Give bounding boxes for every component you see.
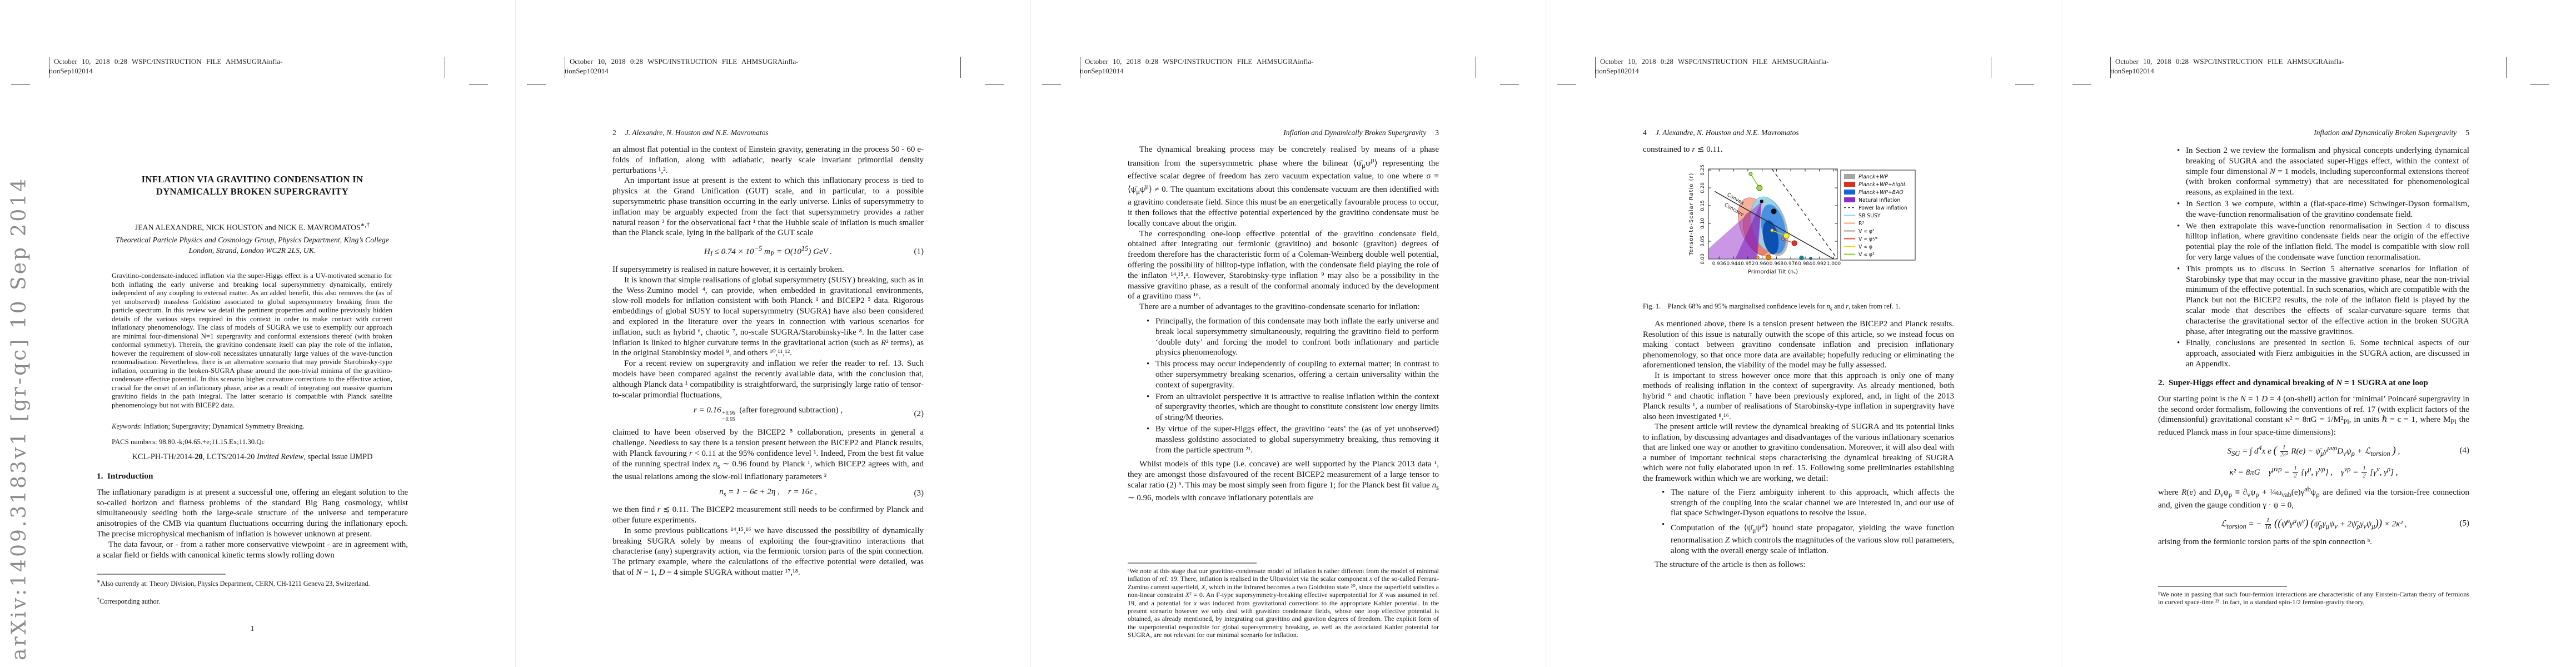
svg-text:0.992: 0.992: [1812, 261, 1826, 267]
proof-header-line1: October 10, 2018 0:28 WSPC/INSTRUCTION F…: [2115, 57, 2504, 67]
affiliation-line2: London, Strand, London WC2R 2LS, UK.: [97, 245, 408, 256]
legend-label: Power law inflation: [1858, 205, 1907, 211]
equation-3: ns = 1 − 6ϵ + 2η , r = 16ϵ , (3): [612, 487, 924, 500]
bullet-list: In Section 2 we review the formalism and…: [2177, 146, 2469, 370]
running-head-page-number: 3: [1435, 128, 1439, 137]
equation-body: ns = 1 − 6ϵ + 2η , r = 16ϵ ,: [612, 487, 924, 500]
legend-label: Planck+WP+highL: [1858, 182, 1906, 188]
proof-header: October 10, 2018 0:28 WSPC/INSTRUCTION F…: [54, 57, 443, 76]
figure-1: Convex Concave: [1673, 165, 1917, 298]
footnote-text: ∗Also currently at: Theory Division, Phy…: [97, 578, 408, 588]
proof-header-line2: tionSep102014: [2110, 67, 2504, 76]
equation-number: (5): [2460, 519, 2470, 529]
equation-5: ℒtorsion = − 116 ((ψ̄ργμψν) (ψ̄ργμψν + 2…: [2158, 516, 2469, 532]
running-head: 2J. Alexandre, N. Houston and N.E. Mavro…: [612, 128, 924, 137]
phi2-marker-60: [1771, 208, 1777, 214]
document-canvas: October 10, 2018 0:28 WSPC/INSTRUCTION F…: [0, 0, 2576, 667]
equation-number: (2): [914, 409, 924, 419]
body-paragraph: Our starting point is the N = 1 D = 4 (o…: [2158, 394, 2469, 438]
x-axis-label: Primordial Tilt (nₛ): [1748, 269, 1798, 275]
body-paragraph: If supersymmetry is realised in nature h…: [612, 265, 924, 275]
body-paragraph: In some previous publications ¹⁴,¹⁵,¹⁶ w…: [612, 526, 924, 578]
legend-label: SB SUSY: [1858, 213, 1881, 219]
body-paragraph: The dynamical breaking process may be co…: [1128, 145, 1439, 229]
phi2-marker-50: [1760, 200, 1763, 203]
footnote-rule: [97, 574, 226, 575]
proof-header-line2: tionSep102014: [49, 67, 443, 76]
svg-text:0.968: 0.968: [1770, 261, 1783, 267]
proof-header-line2: tionSep102014: [1080, 67, 1474, 76]
paper-title-line1: INFLATION VIA GRAVITINO CONDENSATION IN: [97, 173, 408, 186]
svg-text:0.20: 0.20: [1700, 182, 1706, 193]
body-column: The dynamical breaking process may be co…: [1128, 145, 1439, 504]
report-number-line: KCL-PH-TH/2014-20, LCTS/2014-20 Invited …: [97, 452, 408, 462]
svg-text:0.10: 0.10: [1700, 218, 1706, 229]
svg-text:0.952: 0.952: [1741, 261, 1755, 267]
list-item: In Section 3 we compute, within a (flat-…: [2177, 199, 2469, 220]
bullet-list: Principally, the formation of this conde…: [1147, 316, 1439, 455]
crop-mark: [527, 84, 546, 85]
bullet-list: The nature of the Fierz ambiguity inhere…: [1662, 487, 1954, 556]
svg-text:0.984: 0.984: [1798, 261, 1812, 267]
equation-body: SSG = ∫ d4x e ( 12κ² R(e) − ψ̄μγμνρDνψρ …: [2158, 443, 2469, 459]
body-paragraph: The data favour, or - from a rather more…: [97, 540, 408, 561]
body-paragraph: The corresponding one-loop effective pot…: [1128, 229, 1439, 302]
crop-mark: [469, 84, 488, 85]
body-paragraph: For a recent review on supergravity and …: [612, 359, 924, 400]
body-paragraph: we then find r ≲ 0.11. The BICEP2 measur…: [612, 505, 924, 526]
footnote-rule: [1128, 563, 1257, 564]
figure-caption: Fig. 1. Planck 68% and 95% marginalised …: [1643, 302, 1954, 312]
svg-text:1.000: 1.000: [1827, 261, 1841, 267]
proof-header-line1: October 10, 2018 0:28 WSPC/INSTRUCTION F…: [570, 57, 959, 67]
phi23-marker-60: [1792, 241, 1797, 246]
y-axis-label: Tensor-to-Scalar Ratio (r): [1688, 172, 1695, 256]
phi3-marker-50: [1749, 172, 1752, 176]
crop-mark: [1500, 84, 1519, 85]
body-column: an almost flat potential in the context …: [612, 145, 924, 578]
running-head-page-number: 2: [612, 128, 616, 137]
body-paragraph: Whilst models of this type (i.e. concave…: [1128, 459, 1439, 503]
proof-header: October 10, 2018 0:28 WSPC/INSTRUCTION F…: [2115, 57, 2504, 76]
running-head: Inflation and Dynamically Broken Supergr…: [1128, 128, 1439, 137]
body-column: In Section 2 we review the formalism and…: [2158, 145, 2469, 547]
phi23-marker-50: [1781, 238, 1784, 241]
body-column: constrained to r ≲ 0.11.: [1643, 145, 1954, 155]
crop-mark: [985, 84, 1004, 85]
list-item: Finally, conclusions are presented in se…: [2177, 338, 2469, 369]
footnote-text: ᵇWe note in passing that such four-fermi…: [2158, 590, 2469, 606]
crop-mark: [1557, 84, 1576, 85]
list-item: From an ultraviolet perspective it is at…: [1147, 392, 1439, 423]
legend-label: R²: [1858, 221, 1864, 227]
crop-mark: [1042, 84, 1061, 85]
running-head: 4J. Alexandre, N. Houston and N.E. Mavro…: [1643, 128, 1954, 137]
list-item: This process may occur independently of …: [1147, 359, 1439, 390]
equation-4: SSG = ∫ d4x e ( 12κ² R(e) − ψ̄μγμνρDνψρ …: [2158, 443, 2469, 459]
equation-body: ℒtorsion = − 116 ((ψ̄ργμψν) (ψ̄ργμψν + 2…: [2158, 516, 2469, 532]
equation-body: r = 0.16+0.06−0.05 (after foreground sub…: [612, 405, 924, 422]
svg-text:0.00: 0.00: [1700, 253, 1706, 265]
running-head-page-number: 5: [2465, 128, 2469, 137]
proof-header-line1: October 10, 2018 0:28 WSPC/INSTRUCTION F…: [1085, 57, 1474, 67]
r2-marker-60: [1766, 255, 1771, 260]
equation-number: (1): [914, 246, 924, 257]
running-head-title: Inflation and Dynamically Broken Supergr…: [1283, 128, 1426, 137]
crop-mark: [1991, 57, 1991, 78]
low-r-marker: [1799, 256, 1803, 260]
authors-line: JEAN ALEXANDRE, NICK HOUSTON and NICK E.…: [97, 221, 408, 232]
svg-text:0.25: 0.25: [1700, 165, 1706, 176]
body-paragraph: The inflationary paradigm is at present …: [97, 487, 408, 540]
equation-number: (4): [2460, 446, 2470, 456]
equation-number: (3): [914, 488, 924, 499]
crop-mark: [445, 57, 445, 78]
svg-text:0.960: 0.960: [1755, 261, 1770, 267]
list-item: This prompts us to discuss in Section 5 …: [2177, 264, 2469, 337]
running-head-title: Inflation and Dynamically Broken Supergr…: [2314, 128, 2457, 137]
legend-swatch: [1844, 182, 1855, 187]
svg-text:0.976: 0.976: [1784, 261, 1798, 267]
legend-label: Natural Inflation: [1858, 197, 1900, 203]
running-head-authors: J. Alexandre, N. Houston and N.E. Mavrom…: [625, 128, 769, 137]
section-heading-1: 1. Introduction: [97, 471, 408, 482]
equation-body: HI ≤ 0.74 × 10−5 mP = O(1015) GeV .: [612, 243, 924, 260]
body-paragraph: The structure of the article is then as …: [1643, 560, 1954, 570]
body-paragraph: There are a number of advantages to the …: [1128, 302, 1439, 312]
svg-text:0.936: 0.936: [1712, 261, 1727, 267]
legend-swatch: [1844, 190, 1855, 195]
body-paragraph: arising from the fermionic torsion parts…: [2158, 537, 2469, 547]
crop-mark: [2015, 84, 2034, 85]
footnote-text: ᵃWe note at this stage that our gravitin…: [1128, 567, 1439, 639]
legend-label: Planck+WP+BAO: [1858, 190, 1904, 196]
list-item: Computation of the ⟨ψ̄μψμ⟩ bound state p…: [1662, 520, 1954, 556]
proof-header: October 10, 2018 0:28 WSPC/INSTRUCTION F…: [570, 57, 959, 76]
list-item: We then extrapolate this wave-function r…: [2177, 221, 2469, 263]
paper-title: INFLATION VIA GRAVITINO CONDENSATION IN …: [97, 173, 408, 197]
crop-mark: [2530, 84, 2549, 85]
svg-text:0.944: 0.944: [1727, 261, 1741, 267]
legend-label: V ∝ φ²⁄³: [1858, 236, 1877, 242]
list-item: The nature of the Fierz ambiguity inhere…: [1662, 487, 1954, 519]
phi-marker-60: [1783, 233, 1789, 238]
footnote-text: †Corresponding author.: [97, 596, 408, 606]
page-5: October 10, 2018 0:28 WSPC/INSTRUCTION F…: [2061, 0, 2576, 667]
equation-2: r = 0.16+0.06−0.05 (after foreground sub…: [612, 405, 924, 422]
proof-header-line2: tionSep102014: [1595, 67, 1989, 76]
legend-swatch: [1844, 197, 1855, 202]
section-heading-2: 2. Super-Higgs effect and dynamical brea…: [2158, 377, 2469, 389]
page-number: 1: [97, 625, 408, 634]
equation-1: HI ≤ 0.74 × 10−5 mP = O(1015) GeV . (1): [612, 243, 924, 260]
affiliation: Theoretical Particle Physics and Cosmolo…: [97, 235, 408, 256]
body-paragraph: An important issue at present is the ext…: [612, 176, 924, 238]
page-1: October 10, 2018 0:28 WSPC/INSTRUCTION F…: [0, 0, 515, 667]
legend-swatch: [1844, 174, 1855, 179]
phi3-marker-60: [1757, 185, 1762, 191]
legend-label: V ∝ φ³: [1858, 252, 1875, 258]
page-4: October 10, 2018 0:28 WSPC/INSTRUCTION F…: [1546, 0, 2061, 667]
paper-title-line2: DYNAMICALLY BROKEN SUPERGRAVITY: [97, 186, 408, 198]
body-paragraph: It is important to stress however once m…: [1643, 371, 1954, 422]
crop-mark: [2072, 84, 2091, 85]
crop-mark: [11, 84, 30, 85]
arxiv-watermark: arXiv:1409.3183v1 [gr-qc] 10 Sep 2014: [8, 177, 31, 660]
running-head: Inflation and Dynamically Broken Supergr…: [2158, 128, 2469, 137]
crop-mark: [960, 57, 961, 78]
body-paragraph: claimed to have been observed by the BIC…: [612, 427, 924, 482]
body-paragraph: The present article will review the dyna…: [1643, 422, 1954, 484]
running-head-authors: J. Alexandre, N. Houston and N.E. Mavrom…: [1656, 128, 1799, 137]
body-paragraph: an almost flat potential in the context …: [612, 145, 924, 176]
legend-label: Planck+WP: [1858, 174, 1888, 180]
page-3: October 10, 2018 0:28 WSPC/INSTRUCTION F…: [1030, 0, 1546, 667]
list-item: By virtue of the super-Higgs effect, the…: [1147, 424, 1439, 455]
low-r-marker: [1809, 257, 1812, 260]
crop-mark: [2506, 57, 2507, 78]
body-paragraph: As mentioned above, there is a tension p…: [1643, 319, 1954, 371]
crop-mark: [1476, 57, 1476, 78]
page-2: October 10, 2018 0:28 WSPC/INSTRUCTION F…: [515, 0, 1031, 667]
body-column: As mentioned above, there is a tension p…: [1643, 319, 1954, 570]
svg-text:0.15: 0.15: [1700, 200, 1706, 211]
list-item: Principally, the formation of this conde…: [1147, 316, 1439, 358]
y-tick-labels: 0.000.050.100.150.200.25: [1700, 165, 1706, 265]
legend-label: V ∝ φ: [1858, 244, 1872, 250]
footnote-rule: [2158, 586, 2287, 587]
proof-header: October 10, 2018 0:28 WSPC/INSTRUCTION F…: [1085, 57, 1474, 76]
body-paragraph: It is known that simple realisations of …: [612, 275, 924, 359]
body-paragraph: where R(e) and Dνψρ ≡ ∂νψρ + ¼ωνab(e)γab…: [2158, 484, 2469, 511]
proof-header-line2: tionSep102014: [565, 67, 959, 76]
svg-text:0.05: 0.05: [1700, 236, 1706, 247]
equation-4b: κ² = 8πG γμνρ = 12 {γμ, γνρ} , γνρ = 12 …: [2158, 464, 2469, 480]
r2-marker-50: [1756, 256, 1759, 259]
proof-header-line1: October 10, 2018 0:28 WSPC/INSTRUCTION F…: [1600, 57, 1989, 67]
phi-marker-50: [1771, 229, 1773, 232]
planck-contour-plot: Convex Concave: [1673, 165, 1917, 298]
affiliation-line1: Theoretical Particle Physics and Cosmolo…: [97, 235, 408, 245]
pacs-line: PACS numbers: 98.80.-k;04.65.+e;11.15.Ex…: [112, 438, 392, 446]
x-tick-labels: 0.9360.9440.9520.9600.9680.9760.9840.992…: [1712, 261, 1841, 267]
body-paragraph: constrained to r ≲ 0.11.: [1643, 145, 1954, 155]
list-item: In Section 2 we review the formalism and…: [2177, 146, 2469, 198]
legend-label: V ∝ φ²: [1858, 228, 1875, 235]
keywords-line: Keywords: Inflation; Supergravity; Dynam…: [112, 422, 392, 431]
equation-body: κ² = 8πG γμνρ = 12 {γμ, γνρ} , γνρ = 12 …: [2158, 464, 2469, 480]
abstract-text: Gravitino-condensate-induced inflation v…: [112, 272, 392, 410]
proof-header-line1: October 10, 2018 0:28 WSPC/INSTRUCTION F…: [54, 57, 443, 67]
proof-header: October 10, 2018 0:28 WSPC/INSTRUCTION F…: [1600, 57, 1989, 76]
body-column: 1. Introduction The inflationary paradig…: [97, 471, 408, 560]
running-head-page-number: 4: [1643, 128, 1647, 137]
